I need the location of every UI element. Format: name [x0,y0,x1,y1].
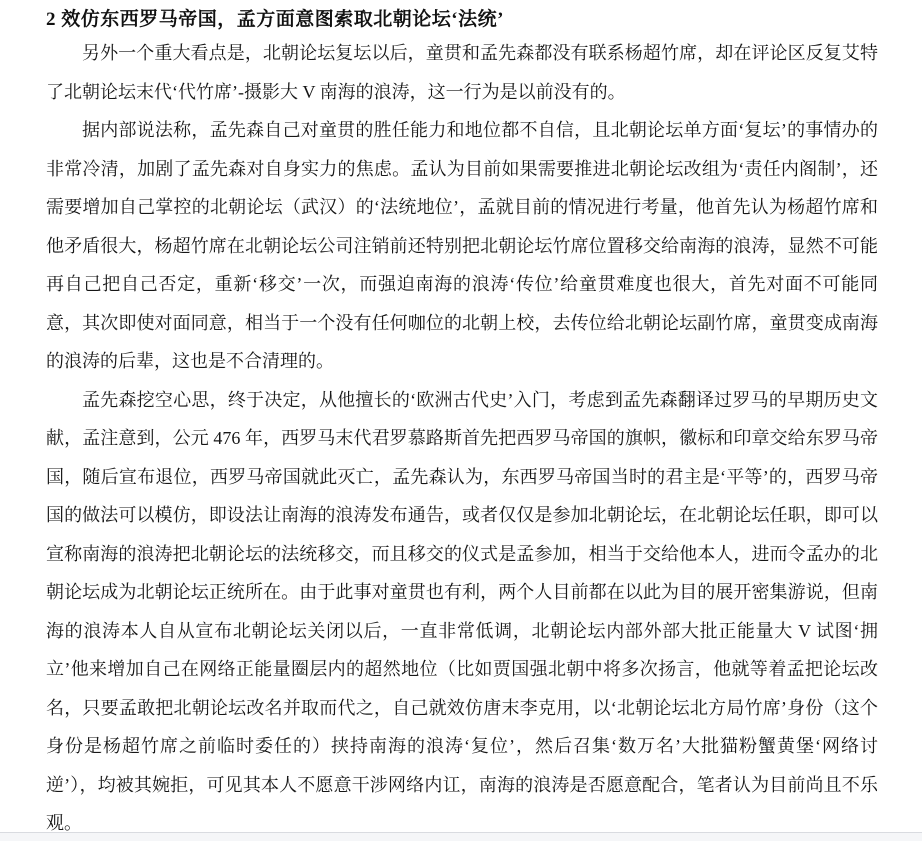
paragraph-2: 据内部说法称，孟先森自己对童贯的胜任能力和地位都不自信，且北朝论坛单方面‘复坛’… [46,111,878,381]
paragraph-3: 孟先森挖空心思，终于决定，从他擅长的‘欧洲古代史’入门，考虑到孟先森翻译过罗马的… [46,381,878,841]
page-bottom-edge [0,832,922,841]
document-page: 2 效仿东西罗马帝国，孟方面意图索取北朝论坛‘法统’ 另外一个重大看点是，北朝论… [0,0,922,841]
section-heading: 2 效仿东西罗马帝国，孟方面意图索取北朝论坛‘法统’ [46,6,878,34]
document-body: 2 效仿东西罗马帝国，孟方面意图索取北朝论坛‘法统’ 另外一个重大看点是，北朝论… [0,0,922,841]
paragraph-1: 另外一个重大看点是，北朝论坛复坛以后，童贯和孟先森都没有联系杨超竹席，却在评论区… [46,34,878,111]
